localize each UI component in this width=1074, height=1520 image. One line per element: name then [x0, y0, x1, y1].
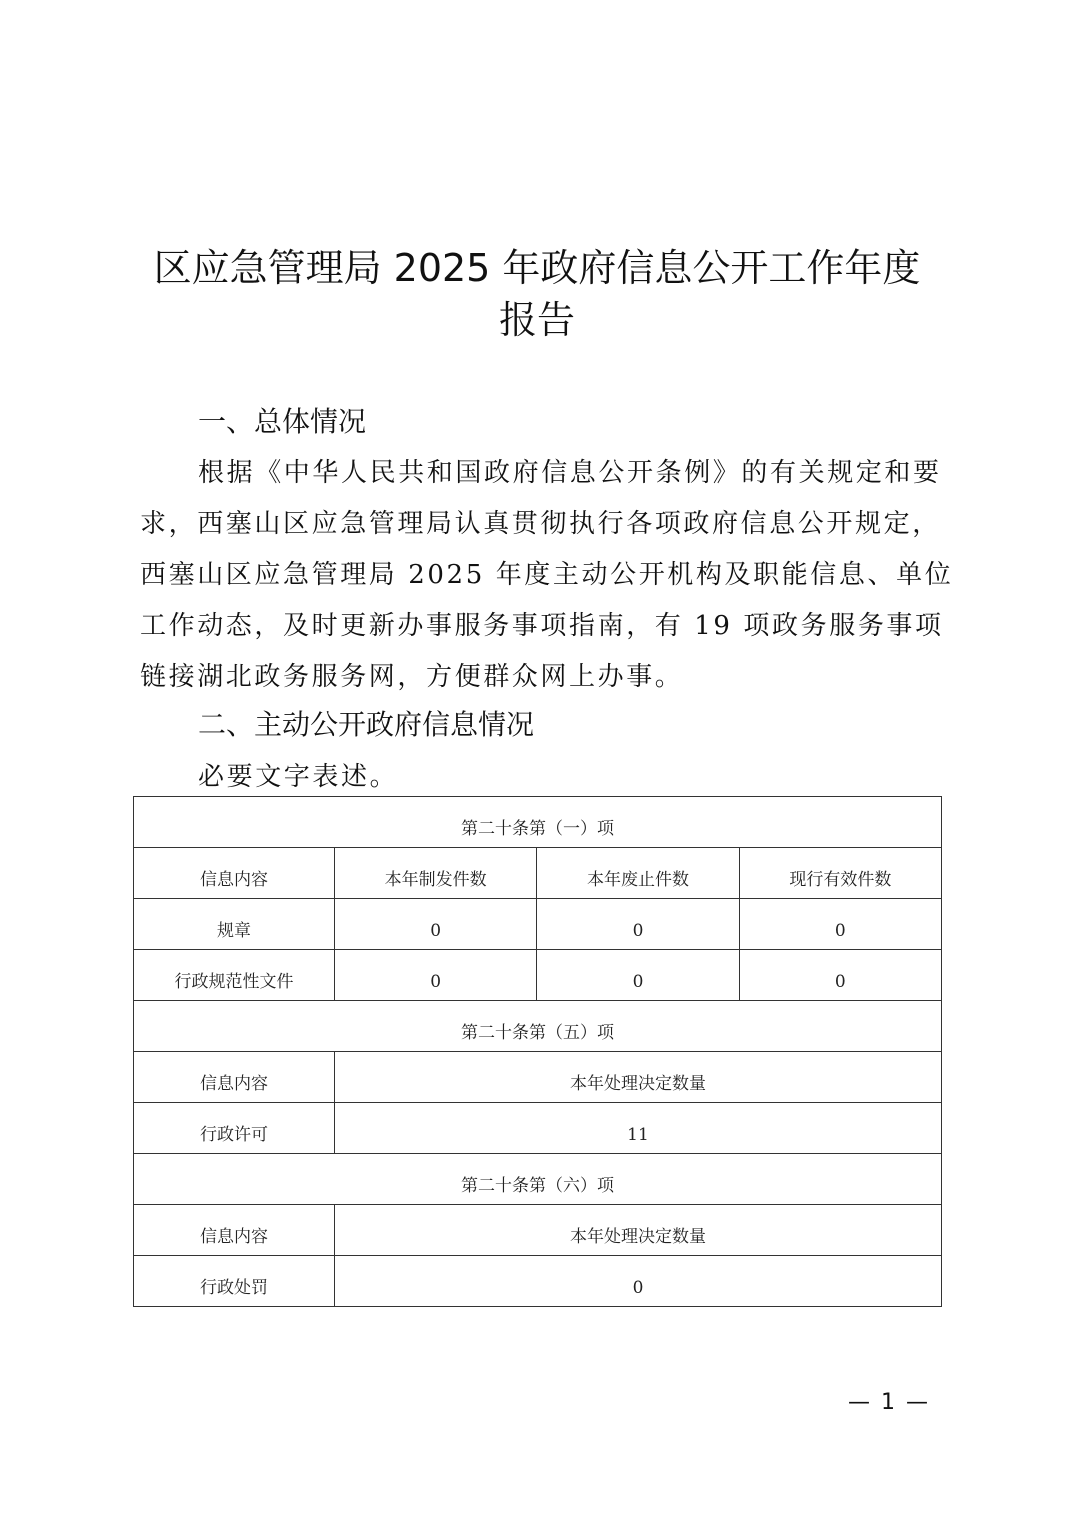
cell-value: 0 — [739, 899, 941, 950]
header-cell: 现行有效件数 — [739, 848, 941, 899]
table-row: 行政许可 11 — [134, 1103, 942, 1154]
paragraph-line: 链接湖北政务服务网，方便群众网上办事。 — [140, 652, 940, 703]
document-title-line2: 报告 — [0, 296, 1074, 344]
cell-value: 0 — [335, 1256, 942, 1307]
table-header-row: 信息内容 本年处理决定数量 — [134, 1205, 942, 1256]
paragraph-line: 根据《中华人民共和国政府信息公开条例》的有关规定和要 — [140, 448, 940, 499]
cell-value: 0 — [335, 950, 537, 1001]
header-cell: 本年处理决定数量 — [335, 1052, 942, 1103]
section2-heading: 二、主动公开政府信息情况 — [198, 707, 534, 743]
page-number: — 1 — — [848, 1390, 930, 1415]
header-cell: 本年制发件数 — [335, 848, 537, 899]
table-block-title-row: 第二十条第（六）项 — [134, 1154, 942, 1205]
header-cell: 本年处理决定数量 — [335, 1205, 942, 1256]
paragraph-line: 求，西塞山区应急管理局认真贯彻执行各项政府信息公开规定， — [140, 499, 940, 550]
paragraph-line: 工作动态，及时更新办事服务事项指南，有 19 项政务服务事项 — [140, 601, 940, 652]
header-cell: 本年废止件数 — [537, 848, 739, 899]
table-row: 规章 0 0 0 — [134, 899, 942, 950]
block2-title: 第二十条第（五）项 — [134, 1001, 942, 1052]
cell-value: 11 — [335, 1103, 942, 1154]
cell-value: 0 — [537, 899, 739, 950]
cell-value: 0 — [739, 950, 941, 1001]
paragraph-line: 西塞山区应急管理局 2025 年度主动公开机构及职能信息、单位 — [140, 550, 940, 601]
document-title-line1: 区应急管理局 2025 年政府信息公开工作年度 — [0, 244, 1074, 292]
table-header-row: 信息内容 本年制发件数 本年废止件数 现行有效件数 — [134, 848, 942, 899]
row-label: 规章 — [134, 899, 335, 950]
section1-paragraph: 根据《中华人民共和国政府信息公开条例》的有关规定和要 求，西塞山区应急管理局认真… — [140, 448, 940, 703]
header-cell: 信息内容 — [134, 1205, 335, 1256]
cell-value: 0 — [335, 899, 537, 950]
cell-value: 0 — [537, 950, 739, 1001]
table-block-title-row: 第二十条第（一）项 — [134, 797, 942, 848]
table-row: 行政规范性文件 0 0 0 — [134, 950, 942, 1001]
table-block-title-row: 第二十条第（五）项 — [134, 1001, 942, 1052]
row-label: 行政许可 — [134, 1103, 335, 1154]
row-label: 行政处罚 — [134, 1256, 335, 1307]
table-row: 行政处罚 0 — [134, 1256, 942, 1307]
disclosure-table: 第二十条第（一）项 信息内容 本年制发件数 本年废止件数 现行有效件数 规章 0… — [133, 796, 942, 1307]
header-cell: 信息内容 — [134, 848, 335, 899]
block3-title: 第二十条第（六）项 — [134, 1154, 942, 1205]
section1-heading: 一、总体情况 — [198, 404, 366, 440]
row-label: 行政规范性文件 — [134, 950, 335, 1001]
table-header-row: 信息内容 本年处理决定数量 — [134, 1052, 942, 1103]
header-cell: 信息内容 — [134, 1052, 335, 1103]
block1-title: 第二十条第（一）项 — [134, 797, 942, 848]
